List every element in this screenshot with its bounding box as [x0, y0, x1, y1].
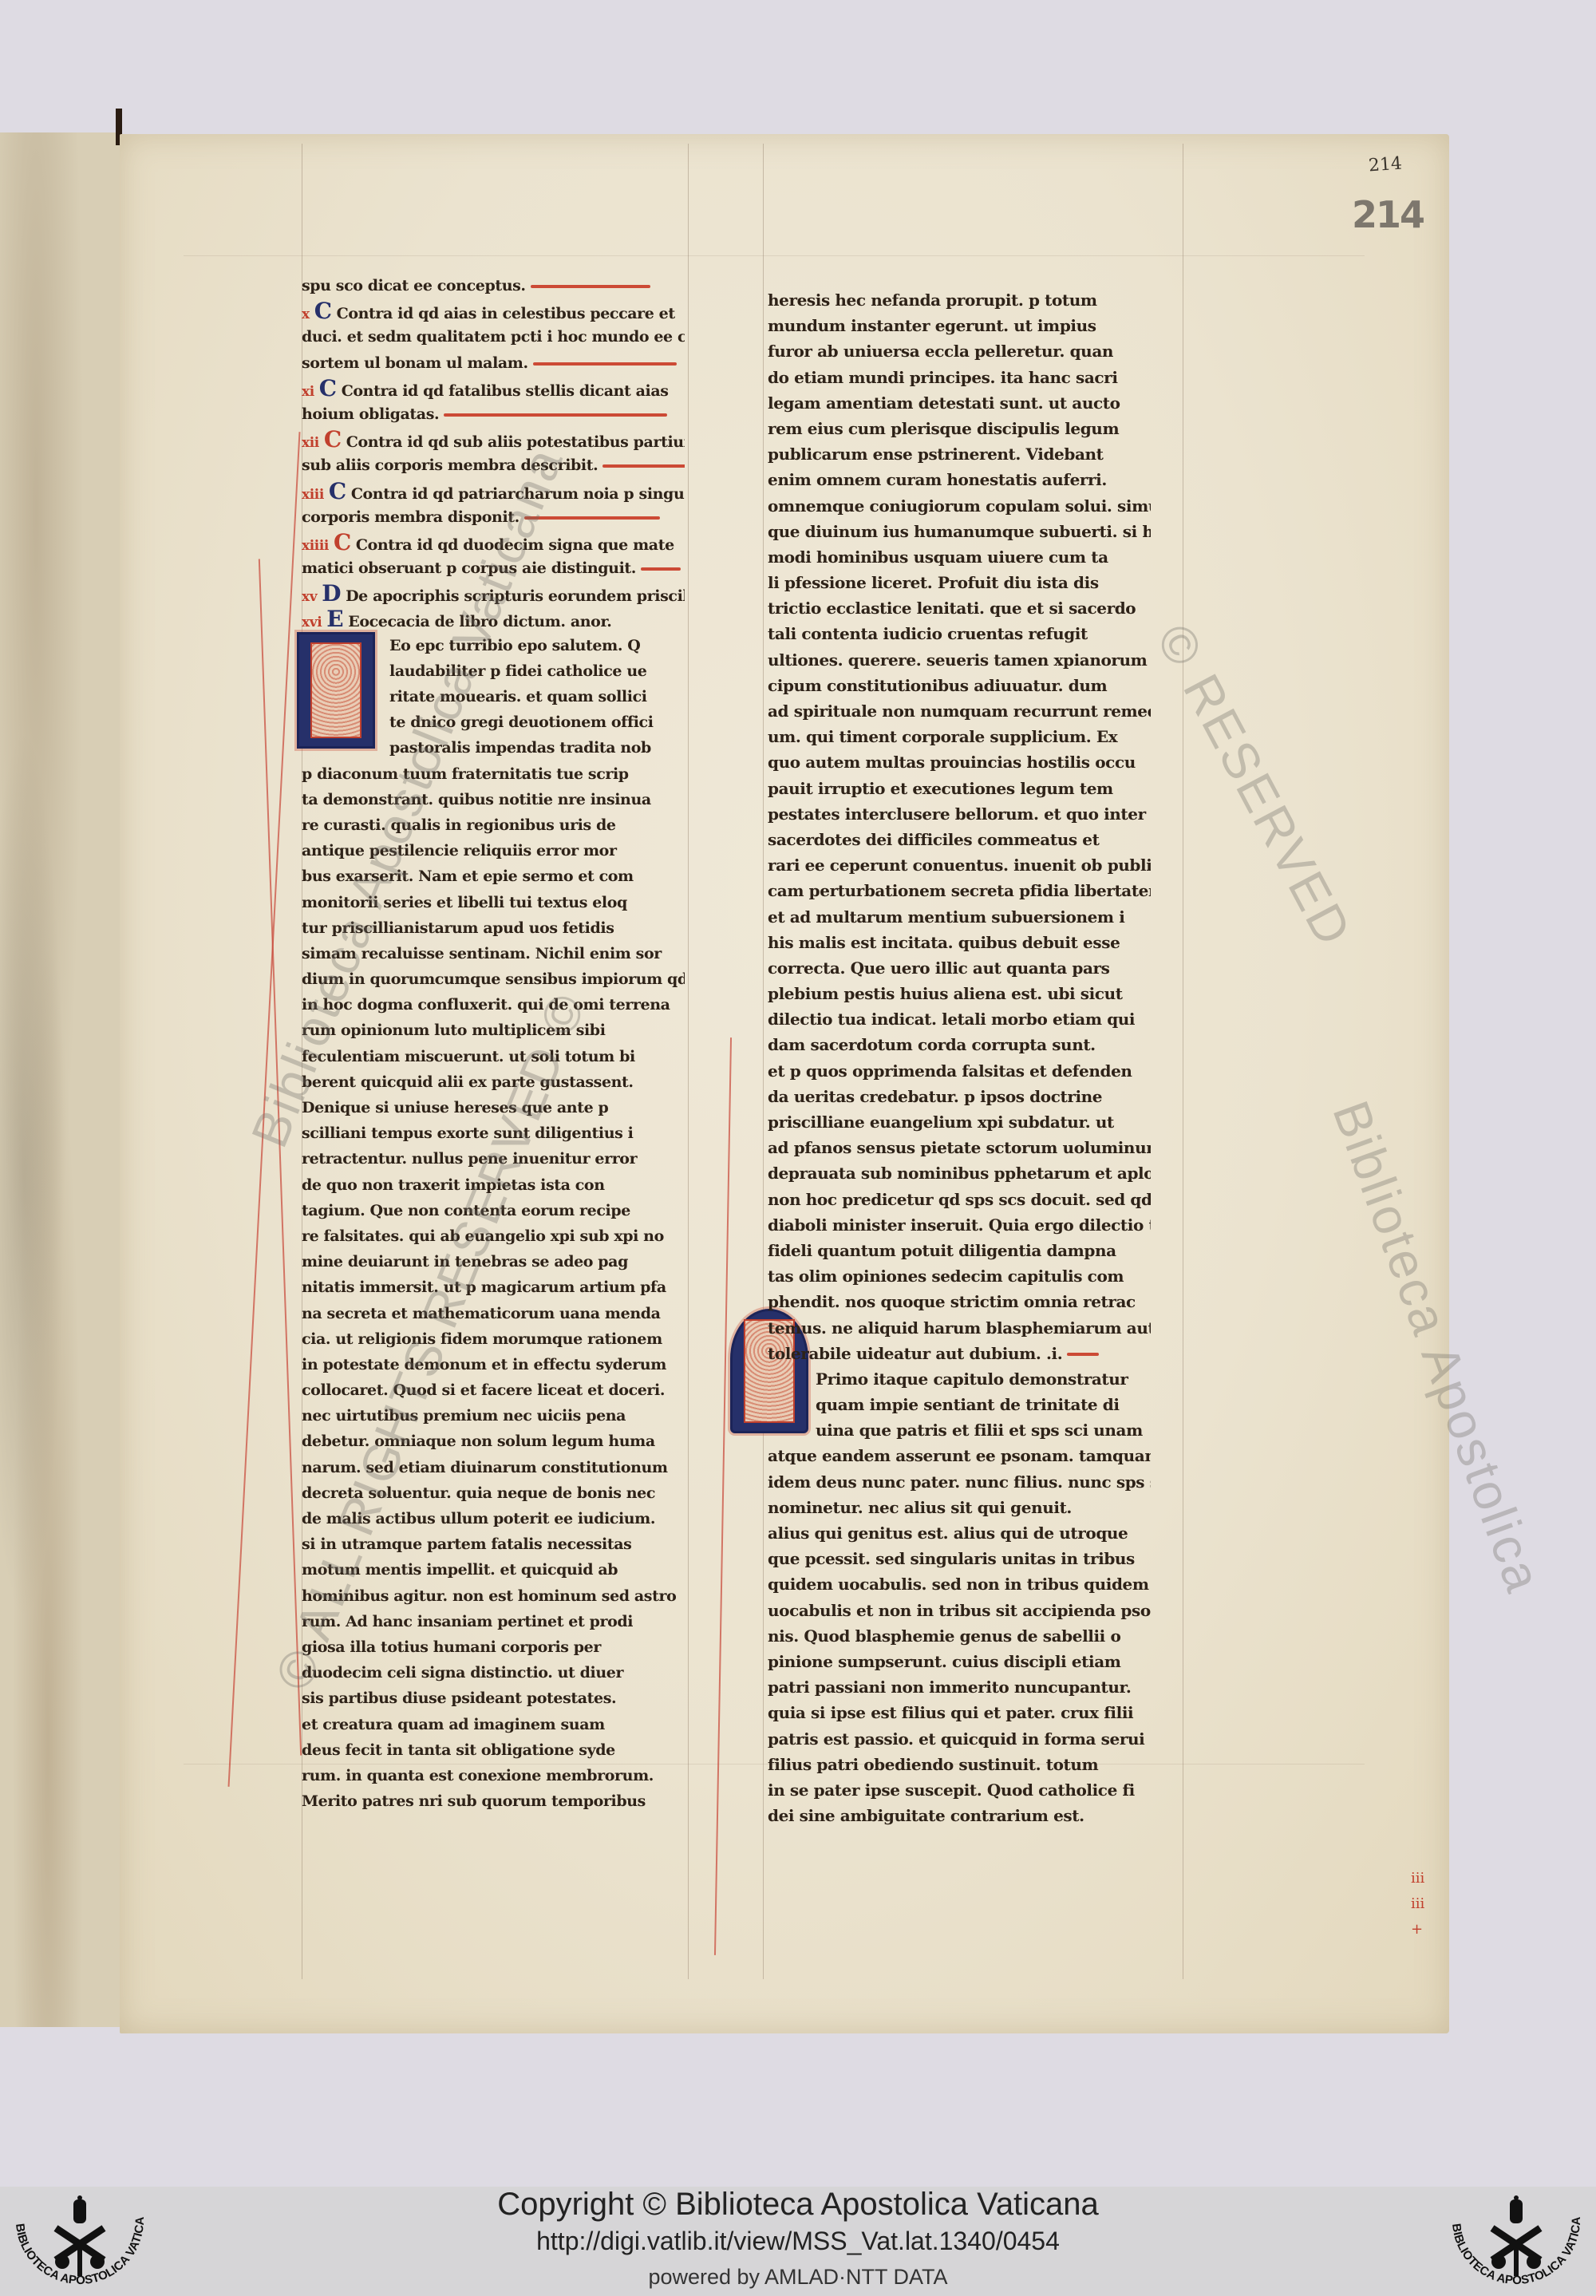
text-line: hoium obligatas. [302, 401, 685, 427]
text-line: sacerdotes dei difficiles commeatus et [768, 827, 1151, 852]
text-line: spu sco dicat ee conceptus. [302, 273, 685, 298]
text-line: da ueritas credebatur. p ipsos doctrine [768, 1084, 1151, 1109]
ruling-top [184, 255, 1365, 256]
text-line: quia si ipse est filius qui et pater. cr… [768, 1700, 1151, 1725]
text-line: xiiiCContra id qd patriarcharum noia p s… [302, 479, 685, 504]
ruling-right-inner [1183, 144, 1183, 1979]
text-line: sis partibus diuse psideant potestates. [302, 1685, 685, 1711]
text-line: Primo itaque capitulo demonstratur [768, 1366, 1151, 1392]
text-line: xiCContra id qd fatalibus stellis dicant… [302, 376, 685, 401]
text-line: mundum instanter egerunt. ut impius [768, 313, 1151, 338]
text-line: pastoralis impendas tradita nob [302, 735, 685, 761]
text-line: dei sine ambiguitate contrarium est. [768, 1803, 1151, 1828]
text-line: sortem ul bonam ul malam. [302, 350, 685, 376]
text-line: rum opinionum luto multiplicem sibi [302, 1018, 685, 1043]
text-line: tas olim opiniones sedecim capitulis com [768, 1263, 1151, 1289]
text-line: dilectio tua indicat. letali morbo etiam… [768, 1006, 1151, 1032]
text-line: nis. Quod blasphemie genus de sabellii o [768, 1623, 1151, 1649]
text-line: non hoc predicetur qd sps scs docuit. se… [768, 1187, 1151, 1212]
text-line: uocabulis et non in tribus sit accipiend… [768, 1598, 1151, 1623]
text-line: ultiones. querere. seueris tamen xpianor… [768, 647, 1151, 673]
text-line: his malis est incitata. quibus debuit es… [768, 930, 1151, 955]
text-line: in se pater ipse suscepit. Quod catholic… [768, 1777, 1151, 1803]
text-line: plebium pestis huius aliena est. ubi sic… [768, 981, 1151, 1006]
text-line: xCContra id qd aias in celestibus peccar… [302, 298, 685, 324]
text-line: quidem uocabulis. sed non in tribus quid… [768, 1571, 1151, 1597]
text-line: atque eandem asserunt ee psonam. tamquam [768, 1443, 1151, 1468]
text-line: Merito patres nri sub quorum temporibus [302, 1788, 685, 1814]
text-line: patris est passio. et quicquid in forma … [768, 1726, 1151, 1752]
text-line: cam perturbationem secreta pfidia libert… [768, 878, 1151, 903]
powered-by-text: powered by AMLAD·NTT DATA [0, 2265, 1596, 2290]
text-line: rum. in quanta est conexione membrorum. [302, 1763, 685, 1788]
text-line: publicarum ense pstrinerent. Videbant [768, 441, 1151, 467]
text-line: uina que patris et filii et sps sci unam [768, 1417, 1151, 1443]
text-line: diaboli minister inseruit. Quia ergo dil… [768, 1212, 1151, 1238]
text-column-right: heresis hec nefanda prorupit. p totum mu… [768, 287, 1151, 1828]
text-line: legam amentiam detestati sunt. ut aucto [768, 390, 1151, 416]
text-line: in hoc dogma confluxerit. qui de omi ter… [302, 992, 685, 1018]
text-line: cipum constitutionibus adiuuatur. dum [768, 673, 1151, 698]
text-line: feculentiam miscuerunt. ut soli totum bi [302, 1044, 685, 1069]
text-line: patri passiani non immerito nuncupantur. [768, 1674, 1151, 1700]
vatican-library-logo-icon: BIBLIOTECA APOSTOLICA VATICANA [1436, 2188, 1596, 2295]
text-line: in potestate demonum et in effectu syder… [302, 1352, 685, 1377]
text-line: trictio ecclastice lenitati. que et si s… [768, 595, 1151, 621]
text-line: collocaret. Quod si et facere liceat et … [302, 1377, 685, 1403]
text-line: rari ee ceperunt conuentus. inuenit ob p… [768, 852, 1151, 878]
text-line: na secreta et mathematicorum uana menda [302, 1301, 685, 1326]
text-line: dam sacerdotum corda corrupta sunt. [768, 1032, 1151, 1057]
text-line: et ad multarum mentium subuersionem i [768, 904, 1151, 930]
copyright-text: Copyright © Biblioteca Apostolica Vatica… [0, 2187, 1596, 2223]
text-line: pinione sumpserunt. cuius discipli etiam [768, 1649, 1151, 1674]
text-line: sub aliis corporis membra describit. [302, 452, 685, 478]
text-line: ad spirituale non numquam recurrunt reme… [768, 698, 1151, 724]
text-line: phendit. nos quoque strictim omnia retra… [768, 1289, 1151, 1314]
text-line: ritate mouearis. et quam sollici [302, 684, 685, 709]
text-line: fideli quantum potuit diligentia dampna [768, 1238, 1151, 1263]
text-line: temus. ne aliquid harum blasphemiarum au… [768, 1315, 1151, 1341]
text-line: ad pfanos sensus pietate sctorum uolumin… [768, 1135, 1151, 1160]
text-line: berent quicquid alii ex parte gustassent… [302, 1069, 685, 1095]
text-line: um. qui timent corporale supplicium. Ex [768, 724, 1151, 749]
text-line: nitatis immersit. ut p magicarum artium … [302, 1274, 685, 1300]
text-line: et p quos opprimenda falsitas et defende… [768, 1058, 1151, 1084]
text-line: deus fecit in tanta sit obligatione syde [302, 1737, 685, 1763]
text-line: pestates interclusere bellorum. et quo i… [768, 801, 1151, 827]
text-line: alius qui genitus est. alius qui de utro… [768, 1520, 1151, 1546]
ruling-right-outer [763, 144, 764, 1979]
text-line: idem deus nunc pater. nunc filius. nunc … [768, 1469, 1151, 1495]
text-line: nominetur. nec alius sit qui genuit. [768, 1495, 1151, 1520]
text-line: xiiCContra id qd sub aliis potestatibus … [302, 427, 685, 452]
text-line: te dnico gregi deuotionem offici [302, 709, 685, 735]
text-line: p diaconum tuum fraternitatis tue scrip [302, 761, 685, 787]
text-line: enim omnem curam honestatis auferri. [768, 467, 1151, 492]
text-line: que pcessit. sed singularis unitas in tr… [768, 1546, 1151, 1571]
margin-note-red: iii iii + [1411, 1866, 1424, 1942]
text-line: rum. Ad hanc insaniam pertinet et prodi [302, 1609, 685, 1634]
text-line: duci. et sedm qualitatem pcti i hoc mund… [302, 324, 685, 350]
text-line: tolerabile uideatur aut dubium. .i. [768, 1341, 1151, 1366]
text-line: deprauata sub nominibus pphetarum et apl… [768, 1160, 1151, 1186]
text-line: cia. ut religionis fidem morumque ration… [302, 1326, 685, 1352]
text-line: et creatura quam ad imaginem suam [302, 1712, 685, 1737]
text-line: pauit irruptio et executiones legum tem [768, 776, 1151, 801]
text-line: tali contenta iudicio cruentas refugit [768, 621, 1151, 646]
text-line: omnemque coniugiorum copulam solui. simu… [768, 493, 1151, 519]
text-line: correcta. Que uero illic aut quanta pars [768, 955, 1151, 981]
vatican-library-logo-icon: BIBLIOTECA APOSTOLICA VATICANA [0, 2188, 160, 2295]
text-line: filius patri obediendo sustinuit. totum [768, 1752, 1151, 1777]
text-line: modi hominibus usquam uiuere cum ta [768, 544, 1151, 570]
text-line: priscilliane euangelium xpi subdatur. ut [768, 1109, 1151, 1135]
text-line: giosa illa totius humani corporis per [302, 1634, 685, 1660]
text-line: ta demonstrant. quibus notitie nre insin… [302, 787, 685, 812]
text-line: duodecim celi signa distinctio. ut diuer [302, 1660, 685, 1685]
text-line: heresis hec nefanda prorupit. p totum [768, 287, 1151, 313]
text-line: que diuinum ius humanumque subuerti. si … [768, 519, 1151, 544]
previous-leaf-edge [0, 132, 120, 2027]
ruling-left-inner [688, 144, 689, 1979]
text-line: quam impie sentiant de trinitate di [768, 1392, 1151, 1417]
text-line: li pfessione liceret. Profuit diu ista d… [768, 570, 1151, 595]
text-line: quo autem multas prouincias hostilis occ… [768, 749, 1151, 775]
folio-number-ink: 214 [1368, 154, 1403, 176]
source-url[interactable]: http://digi.vatlib.it/view/MSS_Vat.lat.1… [0, 2227, 1596, 2256]
text-line: do etiam mundi principes. ita hanc sacri [768, 365, 1151, 390]
folio-number-pencil: 214 [1352, 193, 1424, 236]
text-line: rem eius cum plerisque discipulis legum [768, 416, 1151, 441]
text-line: nec uirtutibus premium nec uiciis pena [302, 1403, 685, 1429]
text-line: furor ab uniuersa eccla pelleretur. quan [768, 338, 1151, 364]
